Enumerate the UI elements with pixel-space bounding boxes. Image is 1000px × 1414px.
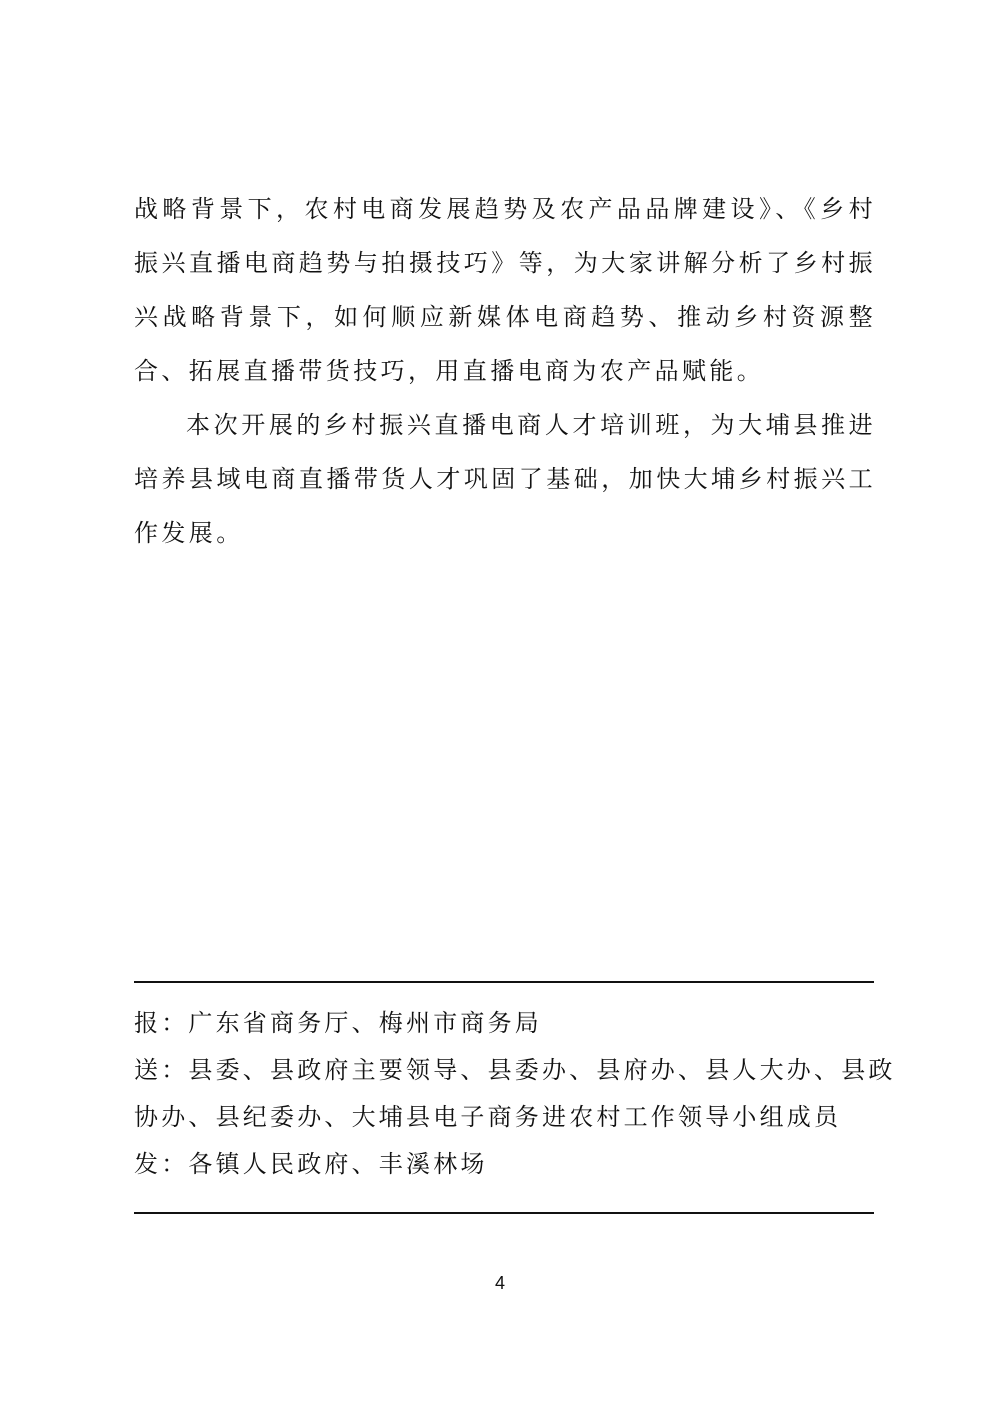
page-number: 4 [0, 1273, 1000, 1294]
distribution-top-rule [134, 981, 874, 983]
document-page: 战略背景下，农村电商发展趋势及农产品品牌建设》、《乡村振兴直播电商趋势与拍摄技巧… [0, 0, 1000, 1414]
paragraph-conclusion: 本次开展的乡村振兴直播电商人才培训班，为大埔县推进培养县域电商直播带货人才巩固了… [134, 398, 876, 560]
send-to-line-2: 协办、县纪委办、大埔县电子商务进农村工作领导小组成员 [134, 1094, 876, 1141]
distribution-block: 报：广东省商务厅、梅州市商务局 送：县委、县政府主要领导、县委办、县府办、县人大… [134, 1000, 876, 1188]
distribution-bottom-rule [134, 1212, 874, 1214]
issue-to-line: 发：各镇人民政府、丰溪林场 [134, 1141, 876, 1188]
body-text: 战略背景下，农村电商发展趋势及农产品品牌建设》、《乡村振兴直播电商趋势与拍摄技巧… [134, 182, 876, 560]
report-to-line: 报：广东省商务厅、梅州市商务局 [134, 1000, 876, 1047]
paragraph-training-content: 战略背景下，农村电商发展趋势及农产品品牌建设》、《乡村振兴直播电商趋势与拍摄技巧… [134, 182, 876, 398]
send-to-line-1: 送：县委、县政府主要领导、县委办、县府办、县人大办、县政 [134, 1047, 876, 1094]
